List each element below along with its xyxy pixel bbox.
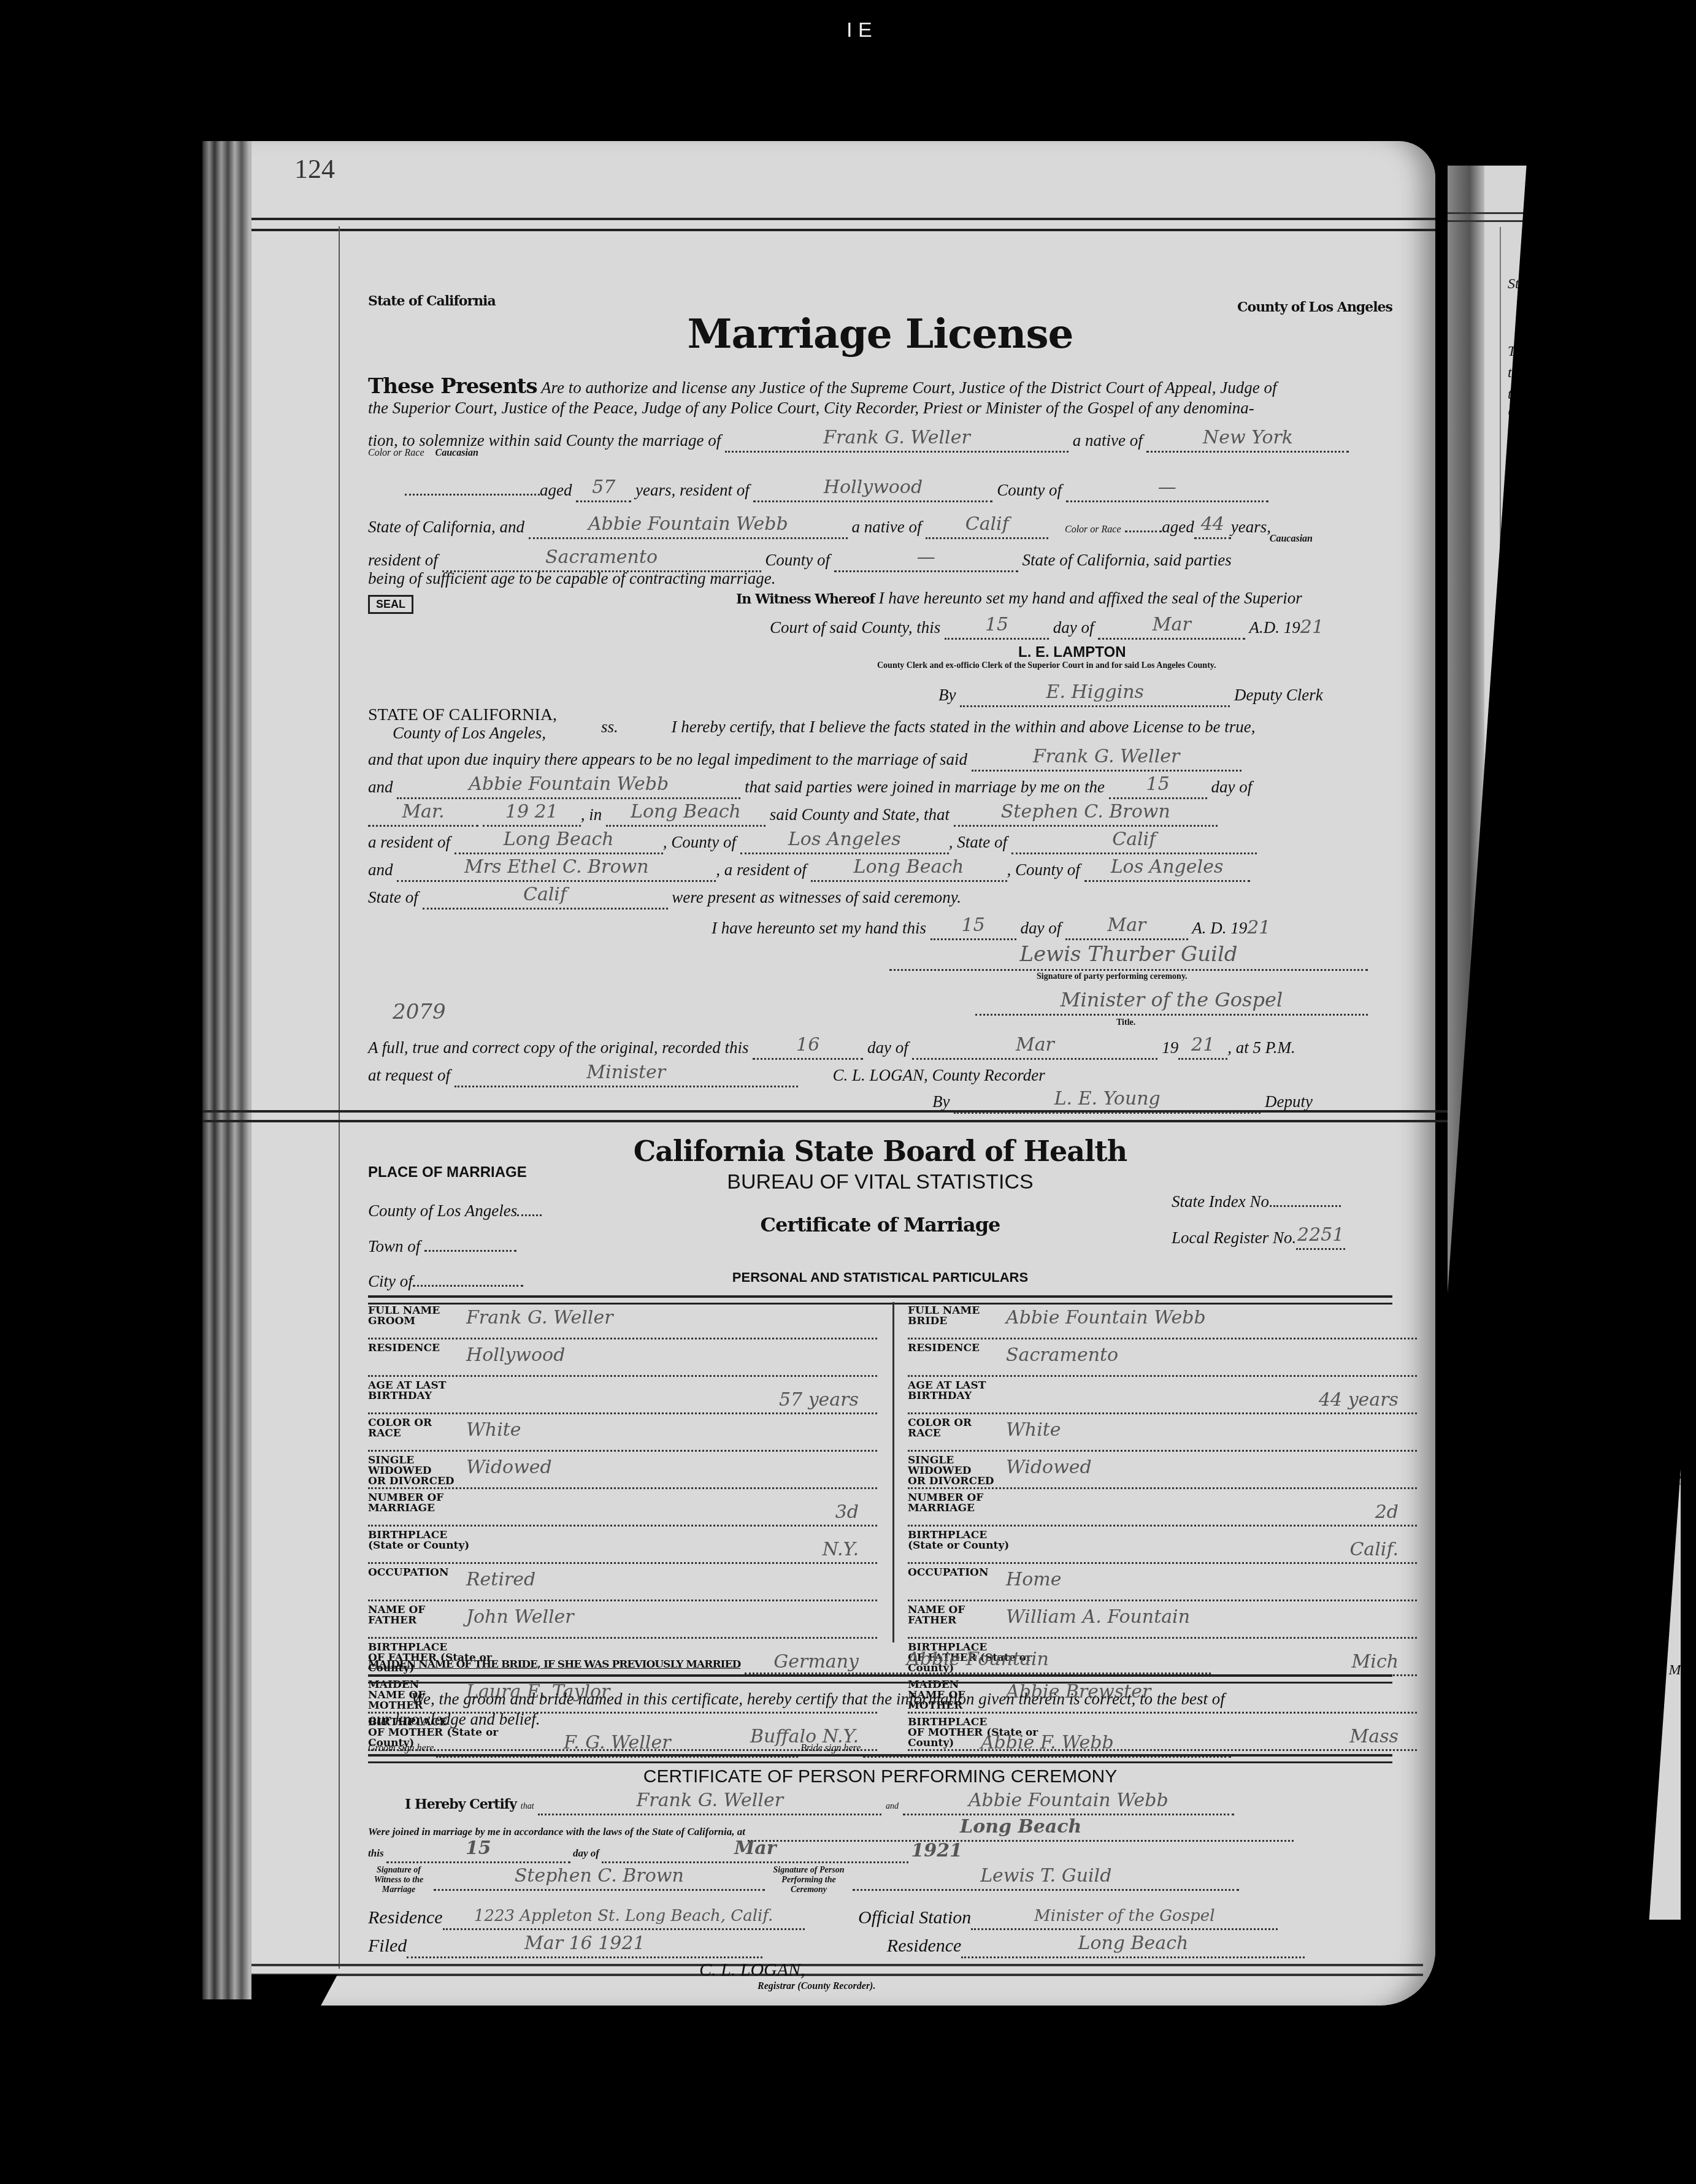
this-label: this (368, 1847, 384, 1859)
official-station: Minister of the Gospel (1034, 1907, 1214, 1925)
intro-line-3: tion, to solemnize within said County th… (368, 431, 721, 450)
title-caption: Title. (368, 1018, 1392, 1028)
clerk-name: L. E. LAMPTON (368, 644, 1392, 661)
hand-text: I have hereunto set my hand this (712, 919, 926, 937)
field-value: Widowed (466, 1457, 552, 1478)
groom-row: BIRTHPLACE (State or County)N.Y. (368, 1527, 877, 1564)
groom-row: COLOR OR RACEWhite (368, 1414, 877, 1452)
recorded-day: 16 (796, 1034, 819, 1056)
county-of-label-2: County of (765, 551, 830, 569)
deputy-clerk-label: Deputy Clerk (1234, 686, 1323, 704)
that-label: that (521, 1802, 534, 1811)
performer-joined-text: Were joined in marriage by me in accorda… (368, 1826, 745, 1837)
bride-row: RESIDENCESacramento (908, 1339, 1417, 1377)
intro-line-2: the Superior Court, Justice of the Peace… (368, 399, 1392, 418)
filed-label: Filed (368, 1936, 407, 1956)
state-index-label: State Index No. (1172, 1192, 1273, 1211)
witness2-residence: Long Beach (854, 856, 964, 878)
field-value: Retired (466, 1569, 535, 1590)
field-value: 3d (835, 1501, 859, 1523)
groom-row: NUMBER OF MARRIAGE3d (368, 1489, 877, 1527)
groom-row: NAME OF FATHERJohn Weller (368, 1601, 877, 1639)
day-of-label-4: day of (867, 1038, 908, 1057)
bride-age: 44 (1201, 513, 1224, 535)
county-state-text: said County and State, that (770, 805, 950, 824)
bride-row: NUMBER OF MARRIAGE2d (908, 1489, 1417, 1527)
hand-ad: A. D. 19 (1192, 919, 1247, 937)
field-value: Frank G. Weller (466, 1307, 613, 1328)
signature-rule (368, 1754, 1392, 1763)
groom-column: FULL NAME GROOMFrank G. WellerRESIDENCEH… (368, 1302, 877, 1751)
seal-box: SEAL (368, 595, 413, 614)
performer-header: CERTIFICATE OF PERSON PERFORMING CEREMON… (368, 1766, 1392, 1787)
cert-day: 15 (1146, 773, 1170, 795)
witness-signature: Stephen C. Brown (515, 1865, 684, 1887)
filed-value: Mar 16 1921 (524, 1933, 645, 1954)
bride-county: — (917, 546, 935, 568)
groom-row: OCCUPATIONRetired (368, 1564, 877, 1601)
field-value: Calif. (1349, 1539, 1399, 1560)
bride-residence: Sacramento (545, 546, 658, 568)
field-label: BIRTHPLACE (State or County) (908, 1530, 1055, 1551)
field-value: 2d (1375, 1501, 1399, 1523)
official-station-label: Official Station (858, 1907, 971, 1928)
field-value: 57 years (779, 1389, 859, 1411)
day-of-label-2: day of (1211, 778, 1252, 796)
margin-line (339, 226, 340, 1969)
bride-name: Abbie Fountain Webb (588, 513, 788, 535)
hand-month: Mar (1107, 914, 1146, 936)
intro-line-1: Are to authorize and license any Justice… (541, 378, 1277, 397)
field-value: Home (1006, 1569, 1061, 1590)
years-resident-label: years, resident of (635, 481, 750, 499)
witness-residence: 1223 Appleton St. Long Beach, Calif. (474, 1907, 773, 1925)
recorded-text: A full, true and correct copy of the ori… (368, 1038, 748, 1057)
request-label: at request of (368, 1066, 450, 1084)
groom-row: AGE AT LAST BIRTHDAY57 years (368, 1377, 877, 1414)
field-value: N.Y. (823, 1539, 859, 1560)
cert-bride: Abbie Fountain Webb (969, 1790, 1168, 1811)
field-value: William A. Fountain (1006, 1606, 1190, 1628)
bride-sign-label: Bride sign here (800, 1743, 861, 1753)
witness1-name: Stephen C. Brown (1001, 801, 1170, 822)
cert-groom: Frank G. Weller (637, 1790, 783, 1811)
native-of-label: a native of (1073, 431, 1143, 450)
state-of-label: , State of (949, 833, 1007, 851)
hereby-certify: I Hereby Certify (405, 1796, 516, 1812)
county-of-label: County of (997, 481, 1062, 499)
officiant-signature: Lewis Thurber Guild (1019, 942, 1237, 967)
sufficient-age-text: being of sufficient age to be capable of… (368, 569, 1392, 588)
recorded-year-prefix: 19 (1162, 1038, 1178, 1057)
and-label: and (368, 778, 393, 796)
performer-residence-label: Residence (887, 1936, 962, 1956)
hand-year: 21 (1247, 917, 1270, 938)
joined-month-year: Mar (734, 1837, 776, 1859)
issue-year: 21 (1300, 616, 1324, 638)
certify-text: I hereby certify, that I believe the fac… (672, 718, 1256, 736)
license-title: Marriage License (368, 310, 1392, 358)
registrar-name: C. L. LOGAN, (699, 1960, 1435, 1980)
witness1-state: Calif (1112, 829, 1156, 850)
witness2-state: Calif (523, 884, 567, 905)
residence-label: Residence (368, 1907, 443, 1928)
city-label: City of (368, 1272, 413, 1290)
column-divider (892, 1302, 894, 1642)
court-text: Court of said County, this (770, 618, 940, 637)
groom-race: Caucasian (436, 448, 478, 458)
film-edge-marks: I E (846, 18, 872, 42)
maiden-name-value: Abbie Fountain (907, 1649, 1049, 1670)
witness-bold: In Witness Whereof (736, 591, 875, 607)
affirm-text-1: We, the groom and bride named in this ce… (368, 1690, 1392, 1709)
ss-label: ss. (601, 718, 618, 736)
local-register-value: 2251 (1297, 1224, 1344, 1246)
groom-native-of: New York (1203, 427, 1293, 448)
field-label: NUMBER OF MARRIAGE (368, 1493, 515, 1514)
cert-month: Mar. (402, 801, 444, 822)
witness-text: I have hereunto set my hand and affixed … (878, 589, 1302, 607)
cert-place: Long Beach (631, 801, 741, 822)
field-value: Sacramento (1006, 1344, 1118, 1366)
field-value: Abbie Fountain Webb (1006, 1307, 1206, 1328)
state-of-label-2: State of (368, 888, 418, 906)
field-label: AGE AT LAST BIRTHDAY (368, 1381, 515, 1401)
facing-page: StaThthe Stion,Col or RacStateresidbeing… (1448, 166, 1681, 1920)
hand-day: 15 (962, 914, 985, 936)
cert-groom-name: Frank G. Weller (1033, 746, 1180, 767)
performer-signature: Lewis T. Guild (980, 1865, 1111, 1887)
aged-label: aged (540, 481, 572, 499)
deputy-recorder-signature: L. E. Young (1054, 1088, 1161, 1109)
bride-row: AGE AT LAST BIRTHDAY44 years (908, 1377, 1417, 1414)
marriage-license-section: State of California County of Los Angele… (368, 141, 1392, 1110)
groom-row: FULL NAME GROOMFrank G. Weller (368, 1302, 877, 1339)
witness2-name: Mrs Ethel C. Brown (464, 856, 649, 878)
groom-row: SINGLE WIDOWED OR DIVORCEDWidowed (368, 1452, 877, 1489)
resident-of-label-2: , a resident of (716, 860, 807, 879)
by-label: By (938, 686, 956, 704)
place-of-marriage-header: PLACE OF MARRIAGE (368, 1164, 1392, 1181)
deputy-clerk-signature: E. Higgins (1046, 681, 1144, 703)
groom-name: Frank G. Weller (823, 427, 970, 448)
color-race-label: Color or Race (368, 448, 424, 458)
bride-row: FULL NAME BRIDEAbbie Fountain Webb (908, 1302, 1417, 1339)
torn-corner (251, 1975, 337, 2134)
impediment-text: and that upon due inquiry there appears … (368, 750, 967, 768)
recorded-time: , at 5 P.M. (1227, 1038, 1295, 1057)
field-value: Hollywood (466, 1344, 565, 1366)
field-value: White (466, 1419, 521, 1441)
bride-native-of: Calif (965, 513, 1009, 535)
field-value: John Weller (466, 1606, 574, 1628)
bride-row: SINGLE WIDOWED OR DIVORCEDWidowed (908, 1452, 1417, 1489)
affirm-text-2: our knowledge and belief. (368, 1710, 1392, 1729)
witness1-residence: Long Beach (504, 829, 614, 850)
issue-month: Mar (1153, 614, 1191, 635)
resident-of-label: resident of (368, 551, 438, 569)
recorded-year: 21 (1191, 1034, 1214, 1056)
joined-year: 1921 (911, 1840, 963, 1861)
a-resident-of-label: a resident of (368, 833, 450, 851)
day-of-label-5: day of (573, 1847, 599, 1859)
joined-text: that said parties were joined in marriag… (745, 778, 1105, 796)
in-label: , in (581, 805, 602, 824)
bride-row: COLOR OR RACEWhite (908, 1414, 1417, 1452)
witness2-county: Los Angeles (1111, 856, 1224, 878)
maiden-name-label: MAIDEN NAME OF THE BRIDE, IF SHE WAS PRE… (368, 1658, 740, 1671)
and-label-2: and (368, 860, 393, 879)
request-by: Minister (586, 1062, 666, 1083)
bride-column: FULL NAME BRIDEAbbie Fountain WebbRESIDE… (908, 1302, 1417, 1751)
cert-bride-name: Abbie Fountain Webb (469, 773, 669, 795)
groom-row: RESIDENCEHollywood (368, 1339, 877, 1377)
county-of-label-3: , County of (663, 833, 736, 851)
maiden-rule (368, 1674, 1392, 1684)
bride-signature: Abbie F. Webb (981, 1732, 1114, 1753)
witnesses-text: were present as witnesses of said ceremo… (672, 888, 961, 906)
day-of-label-3: day of (1020, 919, 1061, 937)
bride-row: BIRTHPLACE (State or County)Calif. (908, 1527, 1417, 1564)
joined-day: 15 (466, 1837, 491, 1859)
groom-sign-label: Groom sign here (368, 1743, 434, 1753)
clerk-title: County Clerk and ex-officio Clerk of the… (368, 661, 1392, 671)
performer-sig-label: Signature of Person Performing the Cerem… (769, 1866, 849, 1895)
witness1-county: Los Angeles (788, 829, 901, 850)
bride-row: OCCUPATIONHome (908, 1564, 1417, 1601)
field-value: 44 years (1319, 1389, 1399, 1411)
signature-caption: Signature of party performing ceremony. (368, 972, 1392, 982)
groom-county: — (1158, 477, 1176, 498)
deputy-label: Deputy (1265, 1092, 1313, 1111)
issue-day: 15 (985, 614, 1008, 635)
bride-row: NAME OF FATHERWilliam A. Fountain (908, 1601, 1417, 1639)
cert-year: 19 21 (505, 801, 558, 822)
performer-residence: Long Beach (1078, 1933, 1188, 1954)
groom-residence: Hollywood (824, 477, 923, 498)
and-label-3: and (886, 1802, 899, 1811)
page-number: 124 (294, 153, 335, 185)
state-parties-label: State of California, said parties (1023, 551, 1232, 569)
joined-place: Long Beach (960, 1816, 1081, 1837)
groom-age: 57 (592, 477, 615, 498)
county-of-label-4: , County of (1007, 860, 1080, 879)
local-register-label: Local Register No. (1172, 1228, 1296, 1247)
field-label: BIRTHPLACE (State or County) (368, 1530, 515, 1551)
bride-race: Caucasian (368, 534, 1392, 545)
ledger-page: 124 State of California County of Los An… (251, 141, 1435, 2006)
county-recorder: C. L. LOGAN, County Recorder (833, 1066, 1045, 1084)
groom-signature: F. G. Weller (564, 1732, 671, 1753)
day-of-label: day of (1053, 618, 1094, 637)
ad-label: A.D. 19 (1249, 618, 1300, 637)
by-label-2: By (932, 1092, 950, 1111)
field-label: AGE AT LAST BIRTHDAY (908, 1381, 1055, 1401)
field-value: White (1006, 1419, 1061, 1441)
intro-bold: These Presents (368, 374, 537, 399)
field-label: NUMBER OF MARRIAGE (908, 1493, 1055, 1514)
board-title: California State Board of Health (368, 1135, 1392, 1168)
registrar-title: Registrar (County Recorder). (758, 1981, 1435, 1992)
field-value: Widowed (1006, 1457, 1092, 1478)
witness-sig-label: Signature of Witness to the Marriage (368, 1866, 429, 1895)
recorded-month: Mar (1016, 1034, 1054, 1056)
